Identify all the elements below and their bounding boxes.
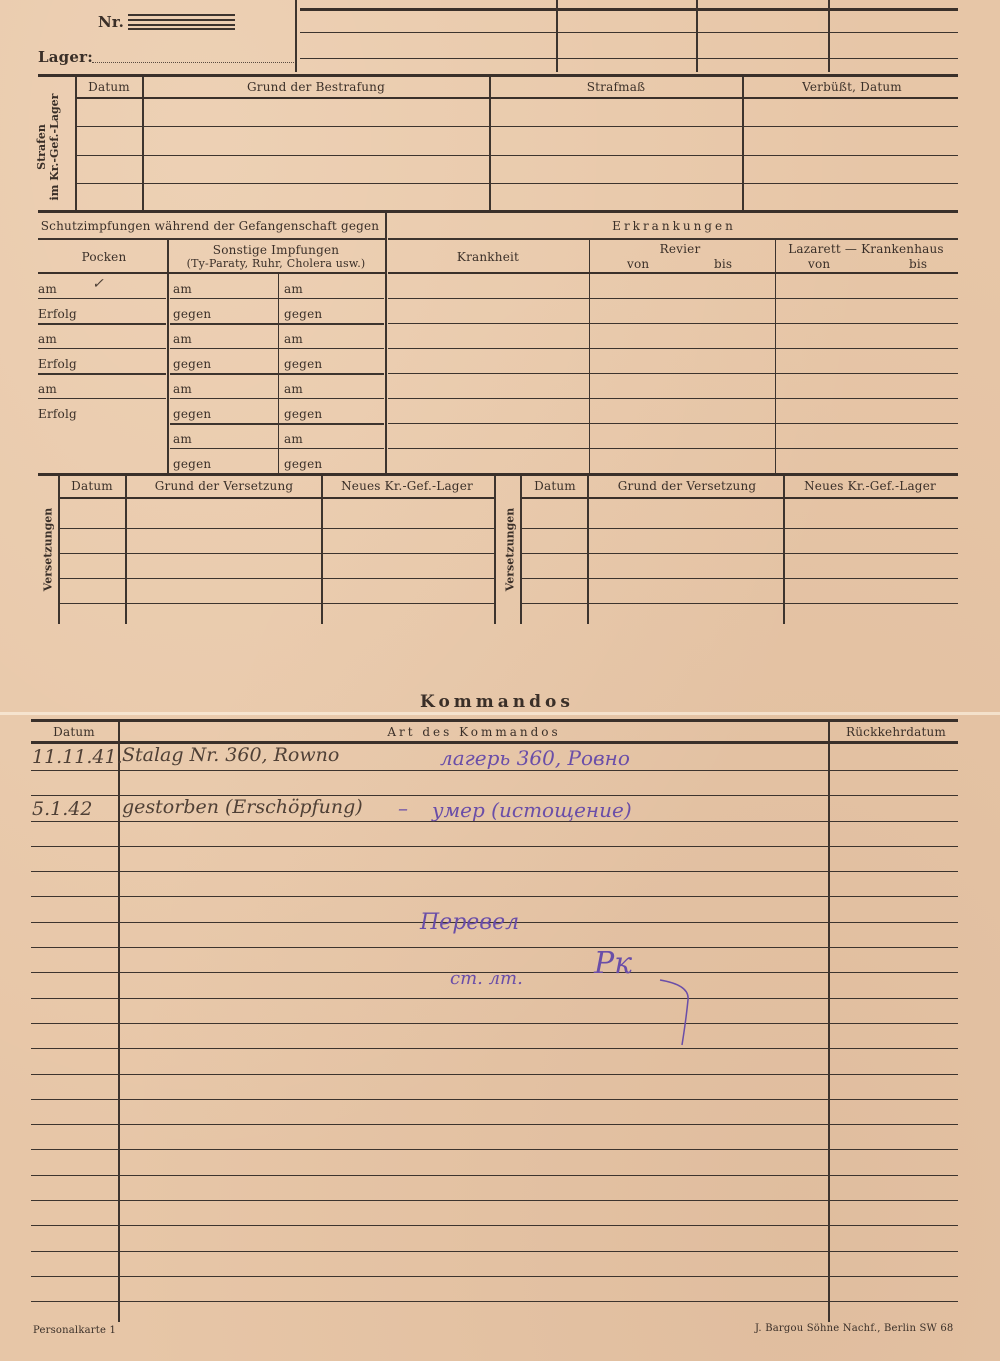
sonstige-a-3: am	[173, 332, 192, 346]
vers-left-div-3	[494, 476, 496, 624]
translator-rank: ст. лт.	[450, 968, 523, 989]
kommandos-col-art: Art des Kommandos	[387, 725, 560, 739]
sonstige-line-1[interactable]	[170, 298, 384, 299]
header-col-div-1	[556, 0, 558, 72]
pocken-row-1: am	[38, 282, 57, 296]
impfungen-header-rule	[38, 272, 385, 274]
strafen-side-label-1: Strafen	[35, 87, 48, 207]
impfungen-title: Schutzimpfungen während der Gefangenscha…	[41, 219, 379, 233]
kommandos-row-line[interactable]	[31, 871, 958, 872]
kommandos-row-line[interactable]	[31, 896, 958, 897]
entry-2-separator: –	[398, 796, 408, 820]
versetzungen-top-rule	[38, 473, 958, 476]
impfungen-right-border	[385, 213, 387, 473]
nr-line-1	[128, 14, 235, 16]
pocken-line-1[interactable]	[38, 298, 166, 299]
kommandos-row-line[interactable]	[31, 947, 958, 948]
erk-col-div-2	[775, 240, 776, 473]
sonstige-line-3[interactable]	[170, 348, 384, 349]
lazarett-header: Lazarett — Krankenhaus	[788, 242, 944, 256]
pocken-row-6: Erfolg	[38, 407, 77, 421]
pocken-row-5: am	[38, 382, 57, 396]
sonstige-line-4[interactable]	[170, 373, 384, 375]
erk-line-6[interactable]	[388, 423, 958, 424]
sonstige-b-3: am	[284, 332, 303, 346]
strafen-side-label: Strafen im Kr.-Gef.-Lager	[35, 87, 61, 207]
kommandos-row-line[interactable]	[31, 1225, 958, 1226]
vers-right-col-datum: Datum	[534, 479, 576, 493]
nr-line-3	[128, 24, 235, 26]
revier-bis: bis	[714, 257, 732, 271]
kommandos-title: Kommandos	[420, 692, 574, 712]
erkrankungen-title: Erkrankungen	[612, 219, 736, 233]
strafen-col-grund: Grund der Bestrafung	[247, 80, 385, 94]
entry-2-art-german: gestorben (Erschöpfung)	[122, 796, 363, 818]
vers-right-col-grund: Grund der Versetzung	[618, 479, 757, 493]
strafen-side-label-2: im Kr.-Gef.-Lager	[48, 87, 61, 207]
sonstige-header-1: Sonstige Impfungen	[213, 243, 339, 257]
sonstige-b-1: am	[284, 282, 303, 296]
pocken-line-4[interactable]	[38, 373, 166, 375]
vers-right-line-4[interactable]	[522, 603, 958, 604]
sonstige-header-2: (Ty-Paraty, Ruhr, Cholera usw.)	[187, 257, 366, 270]
pocken-line-3[interactable]	[38, 348, 166, 349]
kommandos-row-line[interactable]	[31, 1074, 958, 1075]
sonstige-line-5[interactable]	[170, 398, 384, 399]
header-col-div-2	[696, 0, 698, 72]
pocken-row-3: am	[38, 332, 57, 346]
sonstige-line-7[interactable]	[170, 448, 384, 449]
header-top-rule	[300, 8, 958, 11]
pocken-row-4: Erfolg	[38, 357, 77, 371]
vers-left-col-lager: Neues Kr.-Gef.-Lager	[341, 479, 473, 493]
lager-input-line[interactable]	[92, 62, 294, 63]
vers-right-header-rule	[522, 497, 958, 499]
vers-right-col-lager: Neues Kr.-Gef.-Lager	[804, 479, 936, 493]
kommandos-col-rueckkehr: Rückkehrdatum	[846, 725, 946, 739]
revier-header: Revier	[660, 242, 701, 256]
kommandos-row-line[interactable]	[31, 1276, 958, 1277]
entry-1-art-german: Stalag Nr. 360, Rowno	[122, 744, 339, 766]
entry-2-art-russian: умер (истощение)	[432, 798, 632, 822]
vers-right-line-1[interactable]	[522, 528, 958, 529]
sonstige-b-6: gegen	[284, 407, 322, 421]
signature-flourish-icon	[600, 940, 710, 1050]
nr-line-4	[128, 28, 235, 30]
vers-right-line-2[interactable]	[522, 553, 958, 554]
printer-imprint: J. Bargou Söhne Nachf., Berlin SW 68	[755, 1323, 954, 1334]
form-name: Personalkarte 1	[33, 1325, 116, 1336]
vers-left-line-4[interactable]	[60, 603, 494, 604]
paper-background	[0, 0, 1000, 1361]
sonstige-line-6[interactable]	[170, 423, 384, 425]
kommandos-row-line[interactable]	[31, 1149, 958, 1150]
pocken-row-2: Erfolg	[38, 307, 77, 321]
header-divider	[295, 0, 297, 72]
kommandos-top-rule	[31, 719, 958, 722]
vers-left-line-3[interactable]	[60, 578, 494, 579]
strafen-col-verbuesst: Verbüßt, Datum	[802, 80, 902, 94]
erk-col-div-1	[589, 240, 590, 473]
vers-left-line-1[interactable]	[60, 528, 494, 529]
nr-label: Nr.	[98, 13, 124, 31]
kommandos-row-line[interactable]	[31, 1301, 958, 1302]
paper-fold	[0, 712, 1000, 715]
kommandos-col-datum: Datum	[53, 725, 95, 739]
sonstige-b-8: gegen	[284, 457, 322, 471]
erk-line-2[interactable]	[388, 323, 958, 324]
vers-right-line-3[interactable]	[522, 578, 958, 579]
versetzungen-right-label: Versetzungen	[504, 500, 517, 600]
pocken-header: Pocken	[82, 250, 127, 264]
strafen-header-rule	[76, 97, 958, 99]
sonstige-a-6: gegen	[173, 407, 211, 421]
revier-von: von	[627, 257, 649, 271]
vers-left-col-datum: Datum	[71, 479, 113, 493]
erk-line-5[interactable]	[388, 398, 958, 399]
pocken-mark: ✓	[92, 276, 104, 292]
strafen-row-line-3[interactable]	[76, 183, 958, 184]
pocken-divider	[167, 240, 169, 473]
kommandos-col-div-1	[118, 722, 120, 1322]
pocken-line-5[interactable]	[38, 398, 166, 399]
erkrankungen-title-rule	[388, 238, 958, 240]
strafen-bottom-rule	[38, 210, 958, 213]
strafen-top-rule	[38, 74, 958, 77]
krankheit-header: Krankheit	[457, 250, 519, 264]
kommandos-row-line[interactable]	[31, 1200, 958, 1201]
pocken-line-2[interactable]	[38, 323, 166, 325]
sonstige-b-7: am	[284, 432, 303, 446]
erk-header-rule	[388, 272, 958, 274]
erk-line-4[interactable]	[388, 373, 958, 374]
vers-left-col-grund: Grund der Versetzung	[155, 479, 294, 493]
sonstige-a-1: am	[173, 282, 192, 296]
strafen-row-line-2[interactable]	[76, 155, 958, 156]
kommandos-row-line[interactable]	[31, 846, 958, 847]
sonstige-b-2: gegen	[284, 307, 322, 321]
lager-label: Lager:	[38, 48, 93, 66]
vers-left-line-2[interactable]	[60, 553, 494, 554]
kommandos-row-line[interactable]	[31, 1048, 958, 1049]
kommandos-row-line[interactable]	[31, 1175, 958, 1176]
entry-1-art-russian: лагерь 360, Ровно	[440, 746, 630, 770]
strafen-col-strafmass: Strafmaß	[587, 80, 646, 94]
sonstige-a-7: am	[173, 432, 192, 446]
entry-1-datum: 11.11.41.	[32, 746, 123, 768]
erk-line-1[interactable]	[388, 298, 958, 299]
header-col-div-3	[828, 0, 830, 72]
strafen-col-datum: Datum	[88, 80, 130, 94]
kommandos-row-line[interactable]	[31, 1124, 958, 1125]
kommandos-row-line[interactable]	[31, 1099, 958, 1100]
sonstige-a-4: gegen	[173, 357, 211, 371]
translator-note: Перевел	[420, 910, 519, 935]
sonstige-line-2[interactable]	[170, 323, 384, 325]
lazarett-von: von	[808, 257, 830, 271]
kommandos-row-line[interactable]	[31, 1023, 958, 1024]
strafen-row-line-1[interactable]	[76, 126, 958, 127]
header-rule-2	[300, 32, 958, 33]
nr-line-2	[128, 19, 235, 21]
header-rule-3	[300, 58, 958, 59]
sonstige-a-5: am	[173, 382, 192, 396]
vers-left-header-rule	[60, 497, 494, 499]
lazarett-bis: bis	[909, 257, 927, 271]
kommandos-col-div-2	[828, 722, 830, 1322]
sonstige-a-8: gegen	[173, 457, 211, 471]
kommandos-row-line[interactable]	[31, 998, 958, 999]
sonstige-b-5: am	[284, 382, 303, 396]
kommandos-row-line[interactable]	[31, 770, 958, 771]
impfungen-title-rule	[38, 238, 385, 240]
erk-line-3[interactable]	[388, 348, 958, 349]
versetzungen-left-label: Versetzungen	[42, 500, 55, 600]
sonstige-b-4: gegen	[284, 357, 322, 371]
erk-line-7[interactable]	[388, 448, 958, 449]
kommandos-row-line[interactable]	[31, 1251, 958, 1252]
sonstige-a-2: gegen	[173, 307, 211, 321]
entry-2-datum: 5.1.42	[32, 798, 92, 820]
